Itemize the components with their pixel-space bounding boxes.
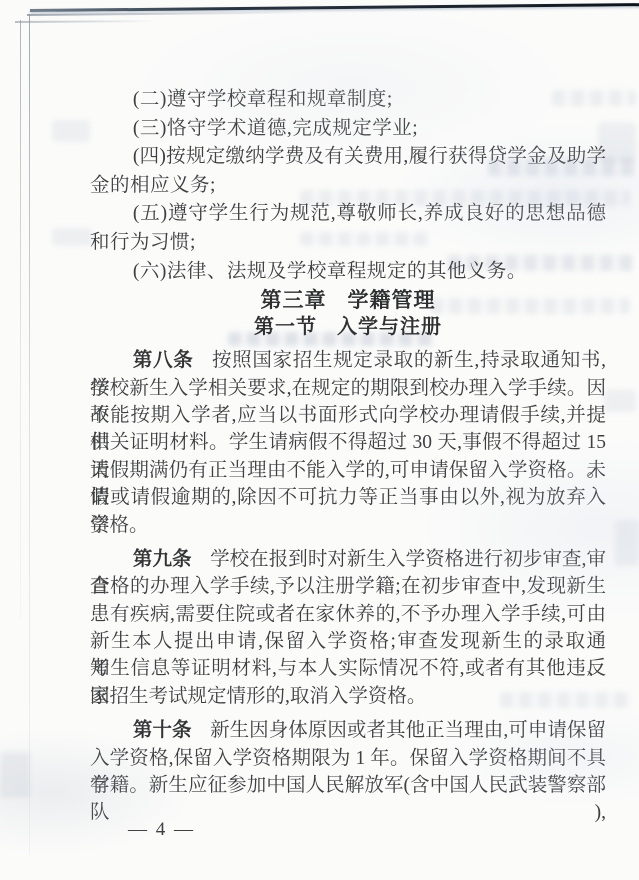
line-text: 学籍管理 <box>348 289 436 312</box>
text-line: 入学资格,保留入学资格期限为 1 年。保留入学资格期间不具有 <box>90 745 606 772</box>
sheet-left-edge <box>29 14 30 854</box>
line-text: 新生因身体原因或者其他正当理由,可申请保留 <box>210 720 606 741</box>
text-line: 考生信息等证明材料,与本人实际情况不符,或者有其他违反国 <box>90 655 606 682</box>
text-line: 资格。 <box>90 512 606 539</box>
text-line: 请假期满仍有正当理由不能入学的,可申请保留入学资格。未请 <box>90 457 606 484</box>
paper-shadow-smudge <box>0 752 30 798</box>
bleed-through-smudge <box>52 120 90 142</box>
text-line: 新生本人提出申请,保留入学资格;审查发现新生的录取通知、 <box>90 628 606 655</box>
scan-top-edge <box>30 3 639 12</box>
bleed-through-smudge <box>52 228 92 246</box>
text-line: (六)法律、法规及学校章程规定的其他义务。 <box>90 258 606 287</box>
line-text: 入学与注册 <box>337 316 442 338</box>
text-line: (三)恪守学术道德,完成规定学业; <box>90 115 606 144</box>
section-heading: 第一节入学与注册 <box>90 314 606 340</box>
article-number: 第八条 <box>133 350 194 371</box>
bleed-through-smudge <box>604 390 636 412</box>
sheet-edge-step <box>27 12 307 16</box>
article-10-start: 第十条新生因身体原因或者其他正当理由,可申请保留 <box>90 717 606 744</box>
article-number: 第十条 <box>133 720 192 741</box>
text-line: 合格的办理入学手续,予以注册学籍;在初步审查中,发现新生 <box>90 573 606 600</box>
chapter-heading: 第三章学籍管理 <box>90 288 606 314</box>
text-line: 学校新生入学相关要求,在规定的期限到校办理入学手续。因故 <box>90 375 606 402</box>
text-line: 金的相应义务; <box>90 172 606 201</box>
text-line: 家招生考试规定情形的,取消入学资格。 <box>90 683 606 710</box>
article-8-start: 第八条按照国家招生规定录取的新生,持录取通知书,按 <box>90 347 606 374</box>
text-line: (四)按规定缴纳学费及有关费用,履行获得贷学金及助学 <box>90 143 606 172</box>
text-line: 和行为习惯; <box>90 229 606 258</box>
text-line: 学籍。新生应征参加中国人民解放军(含中国人民武装警察部队), <box>90 772 606 799</box>
article-9-start: 第九条学校在报到时对新生入学资格进行初步审查,审查 <box>90 546 606 573</box>
article-number: 第三章 <box>261 289 327 312</box>
bleed-through-smudge <box>615 520 639 566</box>
text-line: 不能按期入学者,应当以书面形式向学校办理请假手续,并提供 <box>90 402 606 429</box>
text-line: 相关证明材料。学生请病假不得超过 30 天,事假不得超过 15 天。 <box>90 429 606 456</box>
article-number: 第九条 <box>133 549 192 570</box>
sheet-left-edge <box>20 20 21 620</box>
text-line: 假或请假逾期的,除因不可抗力等正当事由以外,视为放弃入学 <box>90 484 606 511</box>
text-line: (二)遵守学校章程和规章制度; <box>90 86 606 115</box>
article-number: 第一节 <box>254 316 317 338</box>
scanned-document-page: (二)遵守学校章程和规章制度;(三)恪守学术道德,完成规定学业;(四)按规定缴纳… <box>0 0 639 880</box>
document-body: (二)遵守学校章程和规章制度;(三)恪守学术道德,完成规定学业;(四)按规定缴纳… <box>90 86 606 843</box>
sheet-edge-step <box>15 20 155 23</box>
text-line: 患有疾病,需要住院或者在家休养的,不予办理入学手续,可由 <box>90 601 606 628</box>
text-line: (五)遵守学生行为规范,尊敬师长,养成良好的思想品德 <box>90 200 606 229</box>
